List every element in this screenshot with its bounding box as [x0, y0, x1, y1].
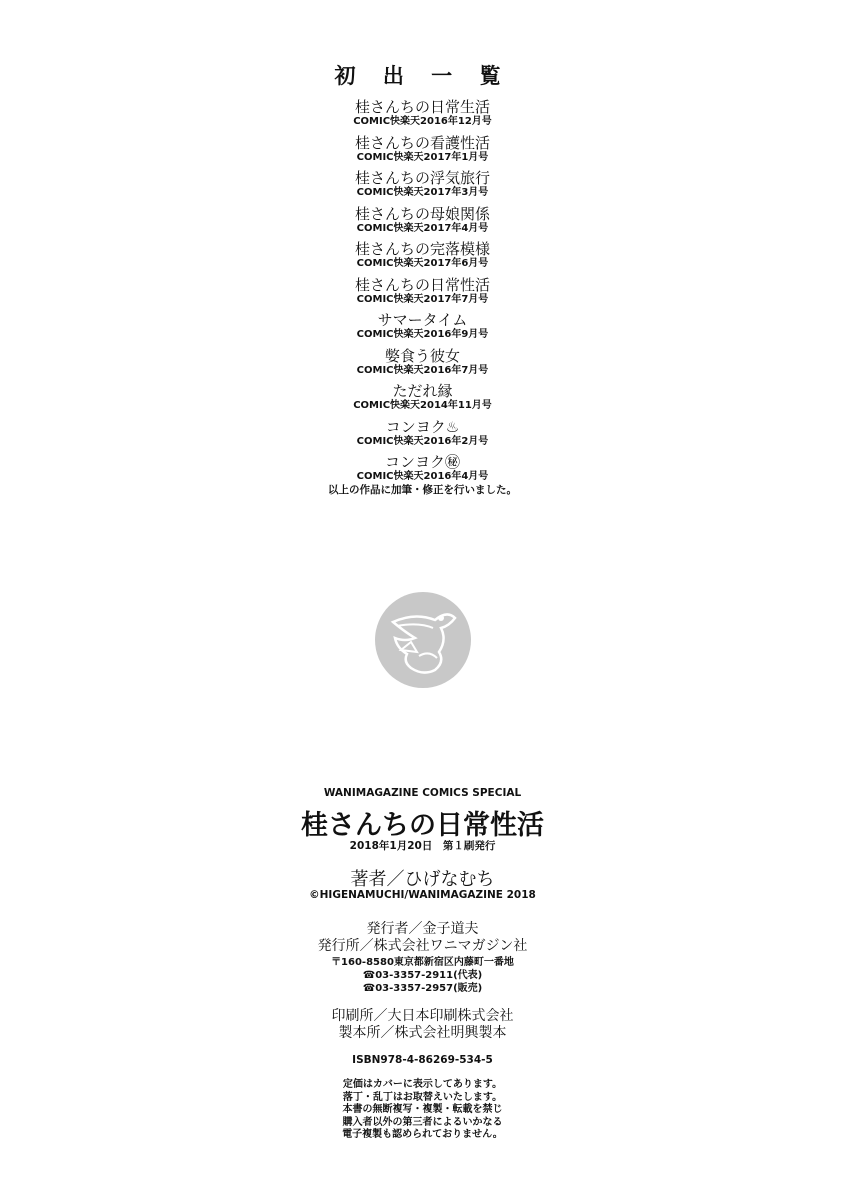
story-title: 桂さんちの看護性活 [0, 134, 845, 152]
story-source: COMIC快楽天2016年2月号 [0, 436, 845, 448]
list-item: 嫳食う彼女COMIC快楽天2016年7月号 [0, 347, 845, 383]
story-source: COMIC快楽天2017年1月号 [0, 152, 845, 164]
story-title: 桂さんちの母娘関係 [0, 205, 845, 223]
story-source: COMIC快楽天2014年11月号 [0, 400, 845, 412]
legal-line: 落丁・乱丁はお取替えいたします。 [0, 1092, 845, 1105]
list-item: サマータイムCOMIC快楽天2016年9月号 [0, 311, 845, 347]
story-source: COMIC快楽天2017年7月号 [0, 294, 845, 306]
revision-note: 以上の作品に加筆・修正を行いました。 [0, 482, 845, 497]
story-source: COMIC快楽天2017年6月号 [0, 258, 845, 270]
legal-line: 電子複製も認められておりません。 [0, 1129, 845, 1142]
story-source: COMIC快楽天2016年9月号 [0, 329, 845, 341]
list-item: コンヨク♨COMIC快楽天2016年2月号 [0, 418, 845, 454]
story-title: コンヨク㊙ [0, 453, 845, 471]
story-source: COMIC快楽天2016年12月号 [0, 116, 845, 128]
phone-sales: ☎03-3357-2957(販売) [0, 979, 845, 994]
legal-notice: 定価はカバーに表示してあります。 落丁・乱丁はお取替えいたします。 本書の無断複… [0, 1079, 845, 1142]
first-appearance-heading: 初 出 一 覧 [0, 60, 845, 90]
book-title: 桂さんちの日常性活 [0, 803, 845, 842]
publisher: 発行所／株式会社ワニマガジン社 [0, 935, 845, 955]
list-item: ただれ縁COMIC快楽天2014年11月号 [0, 382, 845, 418]
story-title: 桂さんちの日常生活 [0, 98, 845, 116]
first-appearance-list: 桂さんちの日常生活COMIC快楽天2016年12月号 桂さんちの看護性活COMI… [0, 98, 845, 489]
story-title: 桂さんちの日常性活 [0, 276, 845, 294]
binder: 製本所／株式会社明興製本 [0, 1022, 845, 1042]
isbn: ISBN978-4-86269-534-5 [0, 1054, 845, 1066]
author: 著者／ひげなむち [0, 865, 845, 891]
copyright: ©HIGENAMUCHI/WANIMAGAZINE 2018 [0, 889, 845, 901]
list-item: 桂さんちの母娘関係COMIC快楽天2017年4月号 [0, 205, 845, 241]
list-item: 桂さんちの完落模様COMIC快楽天2017年6月号 [0, 240, 845, 276]
series-name: WANIMAGAZINE COMICS SPECIAL [0, 787, 845, 799]
story-title: サマータイム [0, 311, 845, 329]
story-source: COMIC快楽天2017年4月号 [0, 223, 845, 235]
list-item: 桂さんちの看護性活COMIC快楽天2017年1月号 [0, 134, 845, 170]
story-title: ただれ縁 [0, 382, 845, 400]
legal-line: 定価はカバーに表示してあります。 [0, 1079, 845, 1092]
crocodile-logo-icon [375, 592, 471, 688]
publication-date: 2018年1月20日 第１刷発行 [0, 838, 845, 853]
list-item: 桂さんちの浮気旅行COMIC快楽天2017年3月号 [0, 169, 845, 205]
story-source: COMIC快楽天2016年7月号 [0, 365, 845, 377]
list-item: 桂さんちの日常性活COMIC快楽天2017年7月号 [0, 276, 845, 312]
story-source: COMIC快楽天2017年3月号 [0, 187, 845, 199]
legal-line: 本書の無断複写・複製・転載を禁じ [0, 1104, 845, 1117]
story-title: 嫳食う彼女 [0, 347, 845, 365]
list-item: 桂さんちの日常生活COMIC快楽天2016年12月号 [0, 98, 845, 134]
story-title: 桂さんちの完落模様 [0, 240, 845, 258]
story-title: コンヨク♨ [0, 418, 845, 436]
legal-line: 購入者以外の第三者によるいかなる [0, 1117, 845, 1130]
story-title: 桂さんちの浮気旅行 [0, 169, 845, 187]
